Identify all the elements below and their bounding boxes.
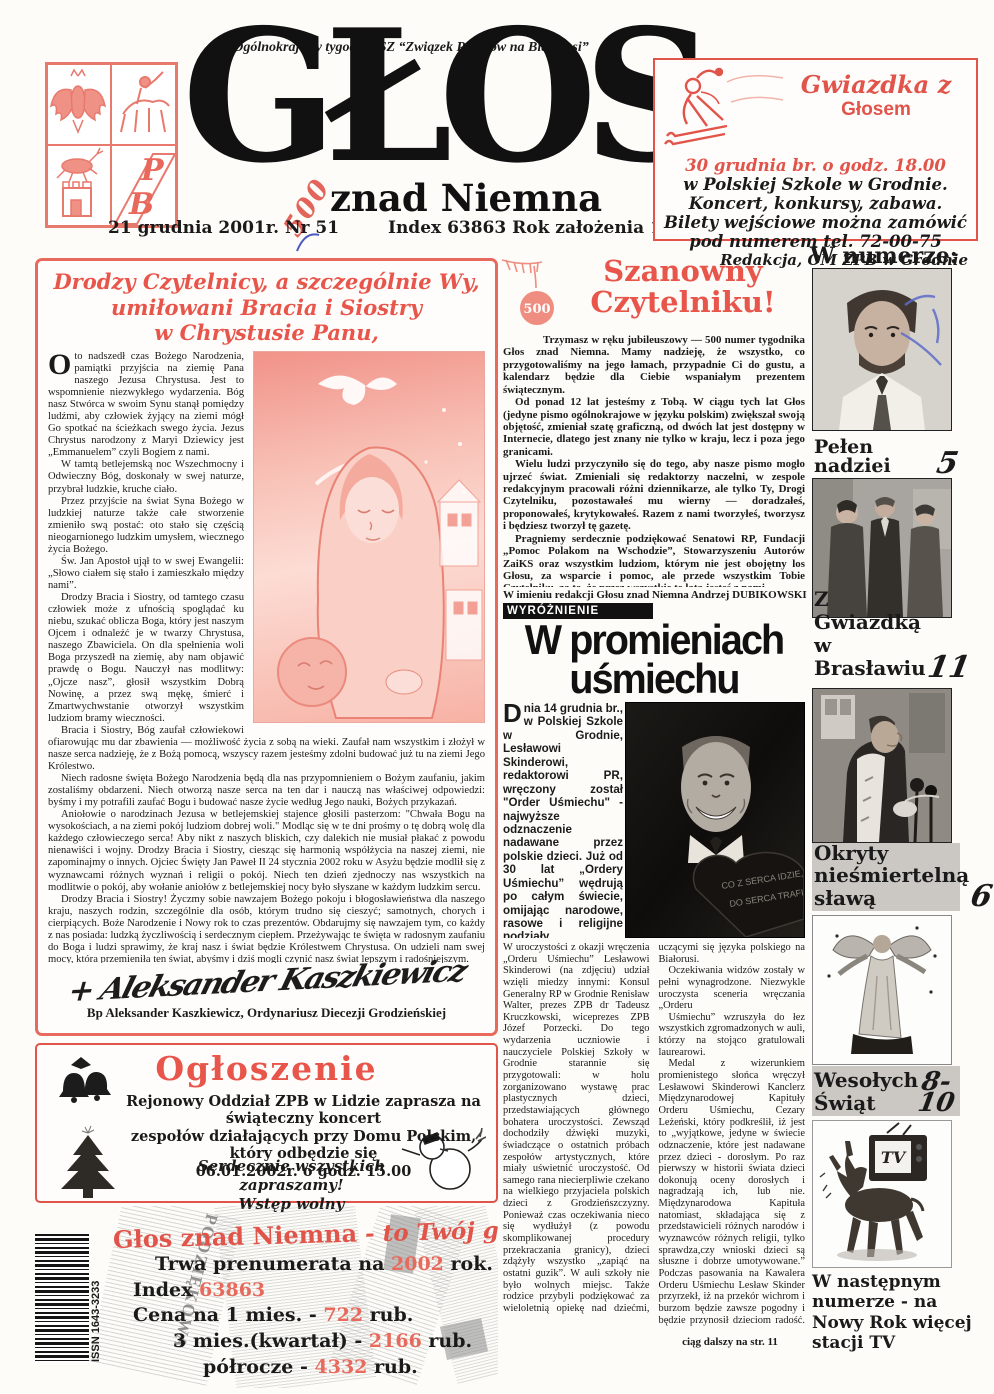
zpb-crest-icon: P B [45, 62, 178, 228]
subscription-line: Cena na 1 mies. - 722 rub. [125, 1303, 493, 1329]
announcement-line: Rejonowy Oddział ZPB w Lidzie zaprasza n… [121, 1093, 486, 1128]
sidebar-item-pelen-nadziei: Pełen nadziei 5 [812, 431, 960, 478]
next-issue-note: W następnym numerze - na Nowy Rok więcej… [812, 1272, 972, 1354]
sidebar-item-okryty: Okryty nieśmiertelną sławą 6 [812, 843, 960, 911]
promo-event-date: 30 grudnia br. o godz. 18.00 [659, 156, 972, 175]
sidebar-item-page: 11 [926, 656, 972, 680]
promo-line: w Polskiej Szkole w Grodnie. [659, 175, 972, 194]
ornament-500: 500 [523, 302, 550, 317]
bishop-signature-row: + Aleksander Kaszkiewicz [38, 964, 495, 999]
invite-line: Serdecznie wszystkich zapraszamy! [147, 1157, 436, 1195]
pastoral-letter-box: Drodzy Czytelnicy, a szczególnie Wy, umi… [35, 258, 498, 1036]
promo-title-line2: Głosem [783, 99, 969, 121]
svg-text:B: B [128, 187, 154, 222]
editorial-heading: Szanowny Czytelniku! [560, 256, 806, 317]
price-highlight: 722 [323, 1304, 363, 1326]
subscription-line: półrocze - 4332 rub. [125, 1355, 493, 1381]
madonna-image [253, 351, 485, 723]
letter-heading-line3: w Chrystusie Panu, [48, 320, 485, 346]
svg-text:P: P [140, 153, 165, 188]
subscription-line: Trwa prenumerata na 2002 rok. [125, 1252, 493, 1278]
signature-caption: Bp Aleksander Kaszkiewicz, Ordynariusz D… [38, 1005, 495, 1021]
slogan-tail: - to Twój głos! [357, 1216, 498, 1248]
letter-paragraph: Drodzy Bracia i Siostry! Życzmy sobie na… [48, 894, 485, 963]
newspaper-subtitle: znad Niemna [330, 176, 602, 220]
issue-index: Index 63863 Rok założenia 1989 [388, 218, 697, 238]
santa-skiing-icon [657, 62, 787, 162]
issn-number: ISSN 1643-3233 [90, 1236, 102, 1362]
tv-donkey-icon: TV [813, 1121, 951, 1267]
editorial-body: Trzymasz w ręku jubileuszowy — 500 numer… [503, 334, 805, 587]
sidebar-photo-priest [812, 688, 952, 843]
editorial-paragraph: Od ponad 12 lat jesteśmy z Tobą. W ciągu… [503, 396, 805, 458]
village-icon [438, 480, 482, 660]
promo-title: Gwiazdka z Głosem [783, 70, 969, 121]
priest-photo-icon [813, 689, 951, 842]
announcement-heading: Ogłoszenie [37, 1049, 496, 1088]
sidebar-photo-angel [812, 915, 952, 1065]
sidebar-photo-tv-donkey: TV [812, 1120, 952, 1268]
letter-heading: Drodzy Czytelnicy, a szczególnie Wy, umi… [48, 269, 485, 346]
christmas-event-box: Gwiazdka z Głosem 30 grudnia br. o godz.… [653, 58, 978, 241]
promo-line: Bilety wejściowe można zamówić [659, 213, 972, 232]
ornament-icon: 500 [500, 256, 564, 338]
sidebar-item-wesolych: Wesołych Świąt 8-10 [812, 1066, 960, 1116]
sidebar-photo-portrait [812, 268, 952, 431]
editorial-byline: W imieniu redakcji Głosu znad Niemna And… [503, 589, 805, 601]
letter-paragraph: Aniołowie o narodzinach Jezusa w betleje… [48, 809, 485, 893]
price-highlight: 63863 [199, 1279, 265, 1301]
barcode [35, 1234, 89, 1362]
angel-icon [318, 375, 397, 405]
feature-photo: CO Z SERCA IDZIE, DO SERCA TRAFIA [625, 702, 805, 938]
in-this-issue-heading: W numerze: [810, 243, 980, 269]
price-highlight: 4332 [315, 1356, 368, 1378]
feature-paragraph: Oczekiwania widzów zostały w pełni wynag… [659, 965, 806, 1012]
feature-paragraph: Uśmiechu” wzruszyła do łez wszystkich zg… [659, 1012, 806, 1059]
feature-lead: Dnia 14 grudnia br., w Polskiej Szkole w… [503, 702, 623, 938]
announcement-box: Ogłoszenie Rejonowy Oddział ZPB w Lidzie… [35, 1043, 498, 1203]
subscription-line: Index 63863 [125, 1278, 493, 1304]
editorial-heading-line2: Czytelniku! [560, 287, 806, 318]
subscription-line: 3 mies.(kwartał) - 2166 rub. [125, 1329, 493, 1355]
angel-statue-icon [813, 916, 951, 1064]
editorial-paragraph: Trzymasz w ręku jubileuszowy — 500 numer… [503, 334, 805, 396]
sidebar-item-label: Pełen nadziei [814, 438, 935, 476]
letter-paragraph: Niech radosne święta Bożego Narodzenia b… [48, 773, 485, 809]
portrait-photo-icon [813, 269, 951, 430]
editorial-paragraph: Pragniemy serdecznie podziękować Senatow… [503, 533, 805, 587]
feature-columns: W uroczystości z okazji wręczenia „Order… [503, 942, 805, 1334]
madonna-illustration-icon [254, 352, 484, 722]
continued-on-page-note: ciąg dalszy na str. 11 [655, 1336, 805, 1348]
editorial-heading-line1: Szanowny [560, 256, 806, 287]
promo-line: Koncert, konkursy, zabawa. [659, 194, 972, 213]
letter-paragraph: Bracia i Siostry, Bóg zaufał człowiekowi… [48, 725, 485, 773]
sidebar-item-page: 8-10 [917, 1072, 962, 1114]
letter-body: Oto nadszedł czas Bożego Narodzenia, pam… [48, 351, 485, 963]
subscription-lines: Trwa prenumerata na 2002 rok. Index 6386… [125, 1252, 493, 1380]
sidebar-item-label: Z Gwiazdką w Brasławiu [814, 588, 926, 680]
sidebar-item-page: 5 [935, 452, 960, 476]
sidebar-item-page: 6 [969, 885, 994, 909]
letter-heading-line1: Drodzy Czytelnicy, a szczególnie Wy, [48, 269, 485, 295]
editorial-paragraph: Wielu ludzi przyczyniło się do tego, aby… [503, 458, 805, 533]
subscription-block: PODZIĘKOWA ISSN 1643-3233 Głos znad Niem… [35, 1206, 498, 1388]
sidebar-item-braslaw: Z Gwiazdką w Brasławiu 11 [812, 620, 960, 682]
issue-date: 21 grudnia 2001r. Nr 51 [108, 218, 339, 238]
zpb-crest: P B [45, 62, 178, 228]
price-highlight: 2166 [369, 1330, 422, 1352]
laureate-photo-icon: CO Z SERCA IDZIE, DO SERCA TRAFIA [626, 703, 804, 937]
promo-title-line1: Gwiazdka z [783, 70, 969, 99]
sidebar-item-label: Wesołych Świąt [814, 1069, 918, 1114]
infant-icon [278, 638, 346, 706]
christmas-tree-icon [51, 1123, 125, 1199]
feature-headline: W promieniach uśmiechu [506, 620, 801, 698]
feature-lead-row: Dnia 14 grudnia br., w Polskiej Szkole w… [503, 702, 805, 938]
price-highlight: 2002 [391, 1253, 444, 1275]
sidebar-item-label: Okryty nieśmiertelną sławą [814, 842, 969, 909]
letter-heading-line2: umiłowani Bracia i Siostry [48, 295, 485, 321]
announcement-invite: Serdecznie wszystkich zapraszamy! Wstęp … [147, 1157, 436, 1213]
tv-screen-label: TV [881, 1148, 907, 1167]
